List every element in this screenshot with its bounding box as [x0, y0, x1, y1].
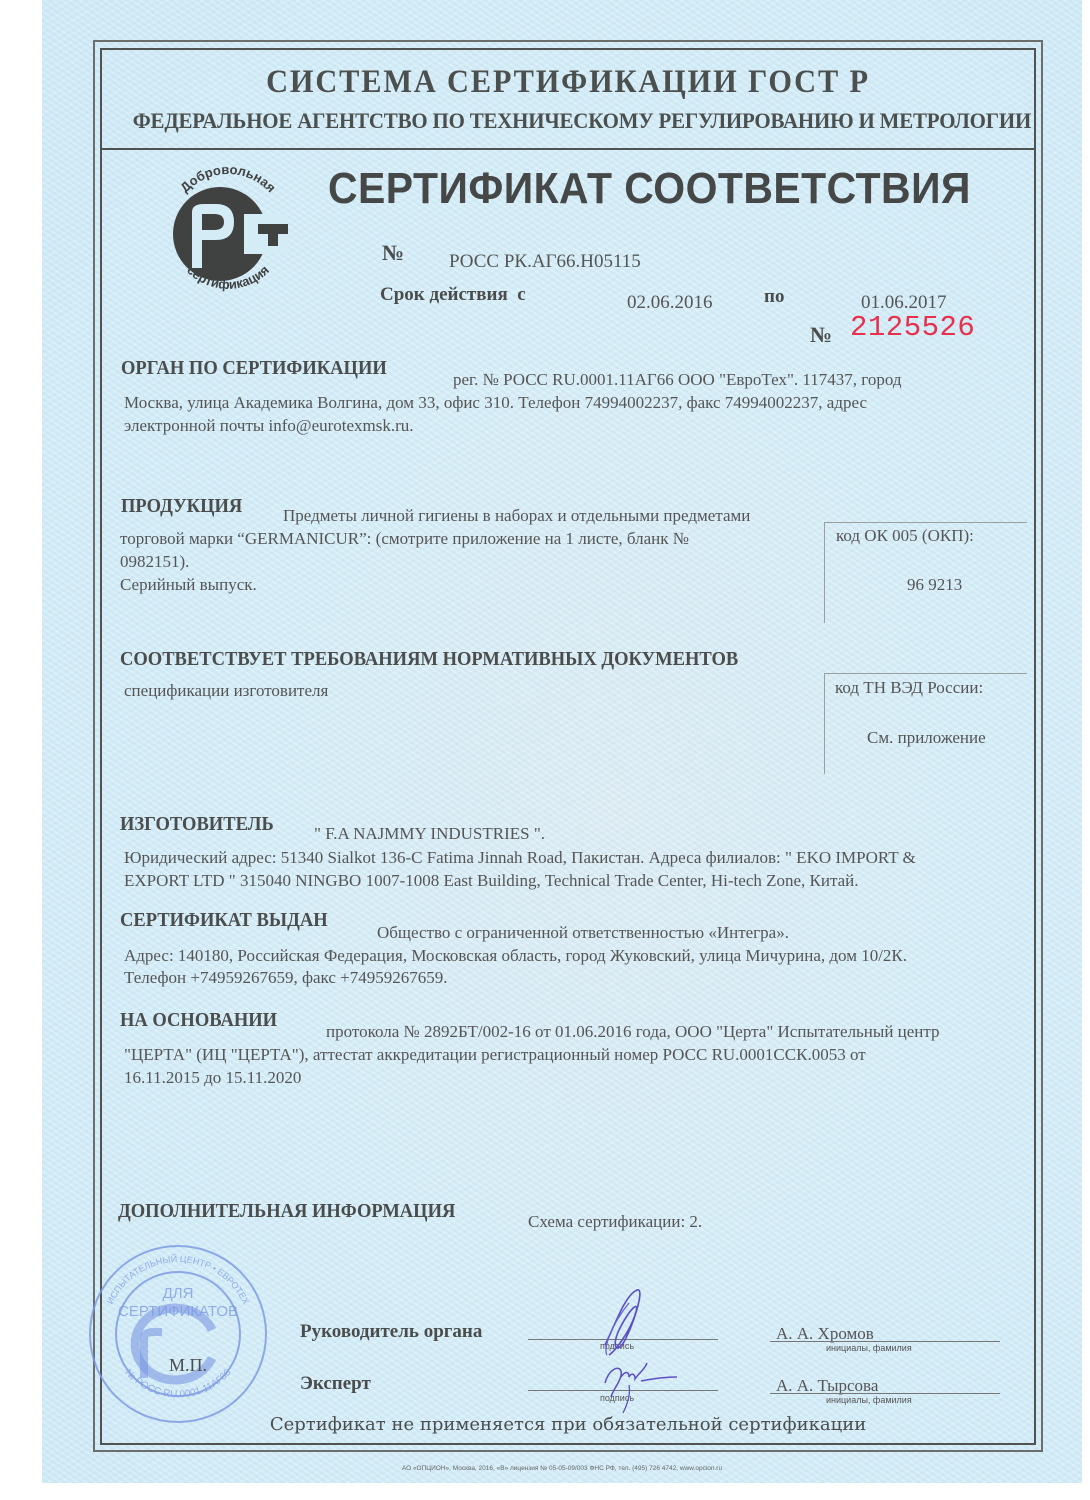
- conformity-line: спецификации изготовителя: [124, 679, 328, 702]
- conformity-heading: СООТВЕТСТВУЕТ ТРЕБОВАНИЯМ НОРМАТИВНЫХ ДО…: [120, 649, 738, 671]
- certificate-number-label: №: [382, 240, 404, 266]
- manufacturer-heading: ИЗГОТОВИТЕЛЬ: [120, 814, 274, 836]
- head-name-line: [770, 1341, 1000, 1342]
- issued-to-heading: СЕРТИФИКАТ ВЫДАН: [120, 910, 328, 932]
- blank-number-label: №: [810, 322, 832, 348]
- expert-name-line: [770, 1393, 1000, 1394]
- round-seal-stamp-icon: ИСПЫТАТЕЛЬНЫЙ ЦЕНТР • ЕВРОТЕХ № РОСС RU.…: [84, 1240, 272, 1428]
- system-title: СИСТЕМА СЕРТИФИКАЦИИ ГОСТ Р: [137, 64, 998, 101]
- tnved-code-label: код ТН ВЭД России:: [835, 678, 983, 698]
- product-line: Серийный выпуск.: [120, 573, 257, 596]
- basis-line: "ЦЕРТА" (ИЦ "ЦЕРТА"), аттестат аккредита…: [124, 1043, 866, 1066]
- manufacturer-line: EXPORT LTD " 315040 NINGBO 1007-1008 Eas…: [124, 869, 859, 892]
- okp-code-label: код ОК 005 (ОКП):: [836, 526, 974, 546]
- svg-text:ДЛЯ: ДЛЯ: [163, 1285, 194, 1302]
- product-line: 0982151).: [120, 550, 189, 573]
- non-mandatory-note: Сертификат не применяется при обязательн…: [100, 1414, 1036, 1435]
- issued-to-name: Общество с ограниченной ответственностью…: [377, 921, 789, 944]
- head-name-caption: инициалы, фамилия: [826, 1343, 912, 1353]
- basis-line: 16.11.2015 до 15.11.2020: [124, 1066, 301, 1089]
- certification-body-line: электронной почты info@eurotexmsk.ru.: [124, 414, 414, 437]
- mp-label: М.П.: [169, 1355, 207, 1375]
- header-divider: [100, 148, 1036, 150]
- printer-imprint: АО «ОПЦИОН», Москва, 2016, «В» лицензия …: [42, 1465, 1082, 1472]
- rst-voluntary-certification-logo-icon: Добровольная сертификация: [158, 160, 298, 300]
- certification-scheme: Схема сертификации: 2.: [528, 1210, 702, 1233]
- expert-name-caption: инициалы, фамилия: [826, 1395, 912, 1405]
- product-first-line: Предметы личной гигиены в наборах и отде…: [283, 504, 750, 527]
- validity-label-text: Срок действия: [380, 284, 508, 305]
- certificate-number: РОСС РК.АГ66.Н05115: [449, 251, 641, 273]
- agency-name: ФЕДЕРАЛЬНОЕ АГЕНТСТВО ПО ТЕХНИЧЕСКОМУ РЕ…: [133, 108, 1003, 134]
- issued-to-line: Телефон +74959267659, факс +74959267659.: [124, 966, 448, 989]
- tnved-code-value: См. приложение: [867, 728, 986, 748]
- handwritten-signatures-icon: [585, 1285, 705, 1415]
- certification-body-line: Москва, улица Академика Волгина, дом 33,…: [124, 391, 867, 414]
- certification-body-first-line: рег. № РОСС RU.0001.11АГ66 ООО "ЕвроТех"…: [453, 368, 902, 391]
- validity-label: Срок действия с: [380, 284, 526, 306]
- basis-heading: НА ОСНОВАНИИ: [120, 1010, 277, 1032]
- additional-info-heading: ДОПОЛНИТЕЛЬНАЯ ИНФОРМАЦИЯ: [118, 1201, 455, 1223]
- expert-label: Эксперт: [300, 1373, 371, 1395]
- product-heading: ПРОДУКЦИЯ: [121, 496, 242, 518]
- head-of-body-label: Руководитель органа: [300, 1321, 482, 1343]
- validity-to-label: по: [764, 286, 784, 308]
- okp-code-value: 96 9213: [907, 575, 962, 595]
- manufacturer-line: Юридический адрес: 51340 Sialkot 136-C F…: [124, 846, 916, 869]
- document-title: СЕРТИФИКАТ СООТВЕТСТВИЯ: [328, 164, 971, 214]
- basis-first-line: протокола № 2892БТ/002-16 от 01.06.2016 …: [326, 1020, 940, 1043]
- certification-body-heading: ОРГАН ПО СЕРТИФИКАЦИИ: [121, 358, 387, 380]
- issued-to-line: Адрес: 140180, Российская Федерация, Мос…: [124, 944, 907, 967]
- validity-from-label: с: [517, 284, 525, 305]
- manufacturer-name: " F.A NAJMMY INDUSTRIES ".: [314, 822, 545, 845]
- product-line: торговой марки “GERMANICUR”: (смотрите п…: [120, 527, 689, 550]
- valid-from-date: 02.06.2016: [627, 292, 713, 314]
- blank-number: 2125526: [850, 311, 975, 344]
